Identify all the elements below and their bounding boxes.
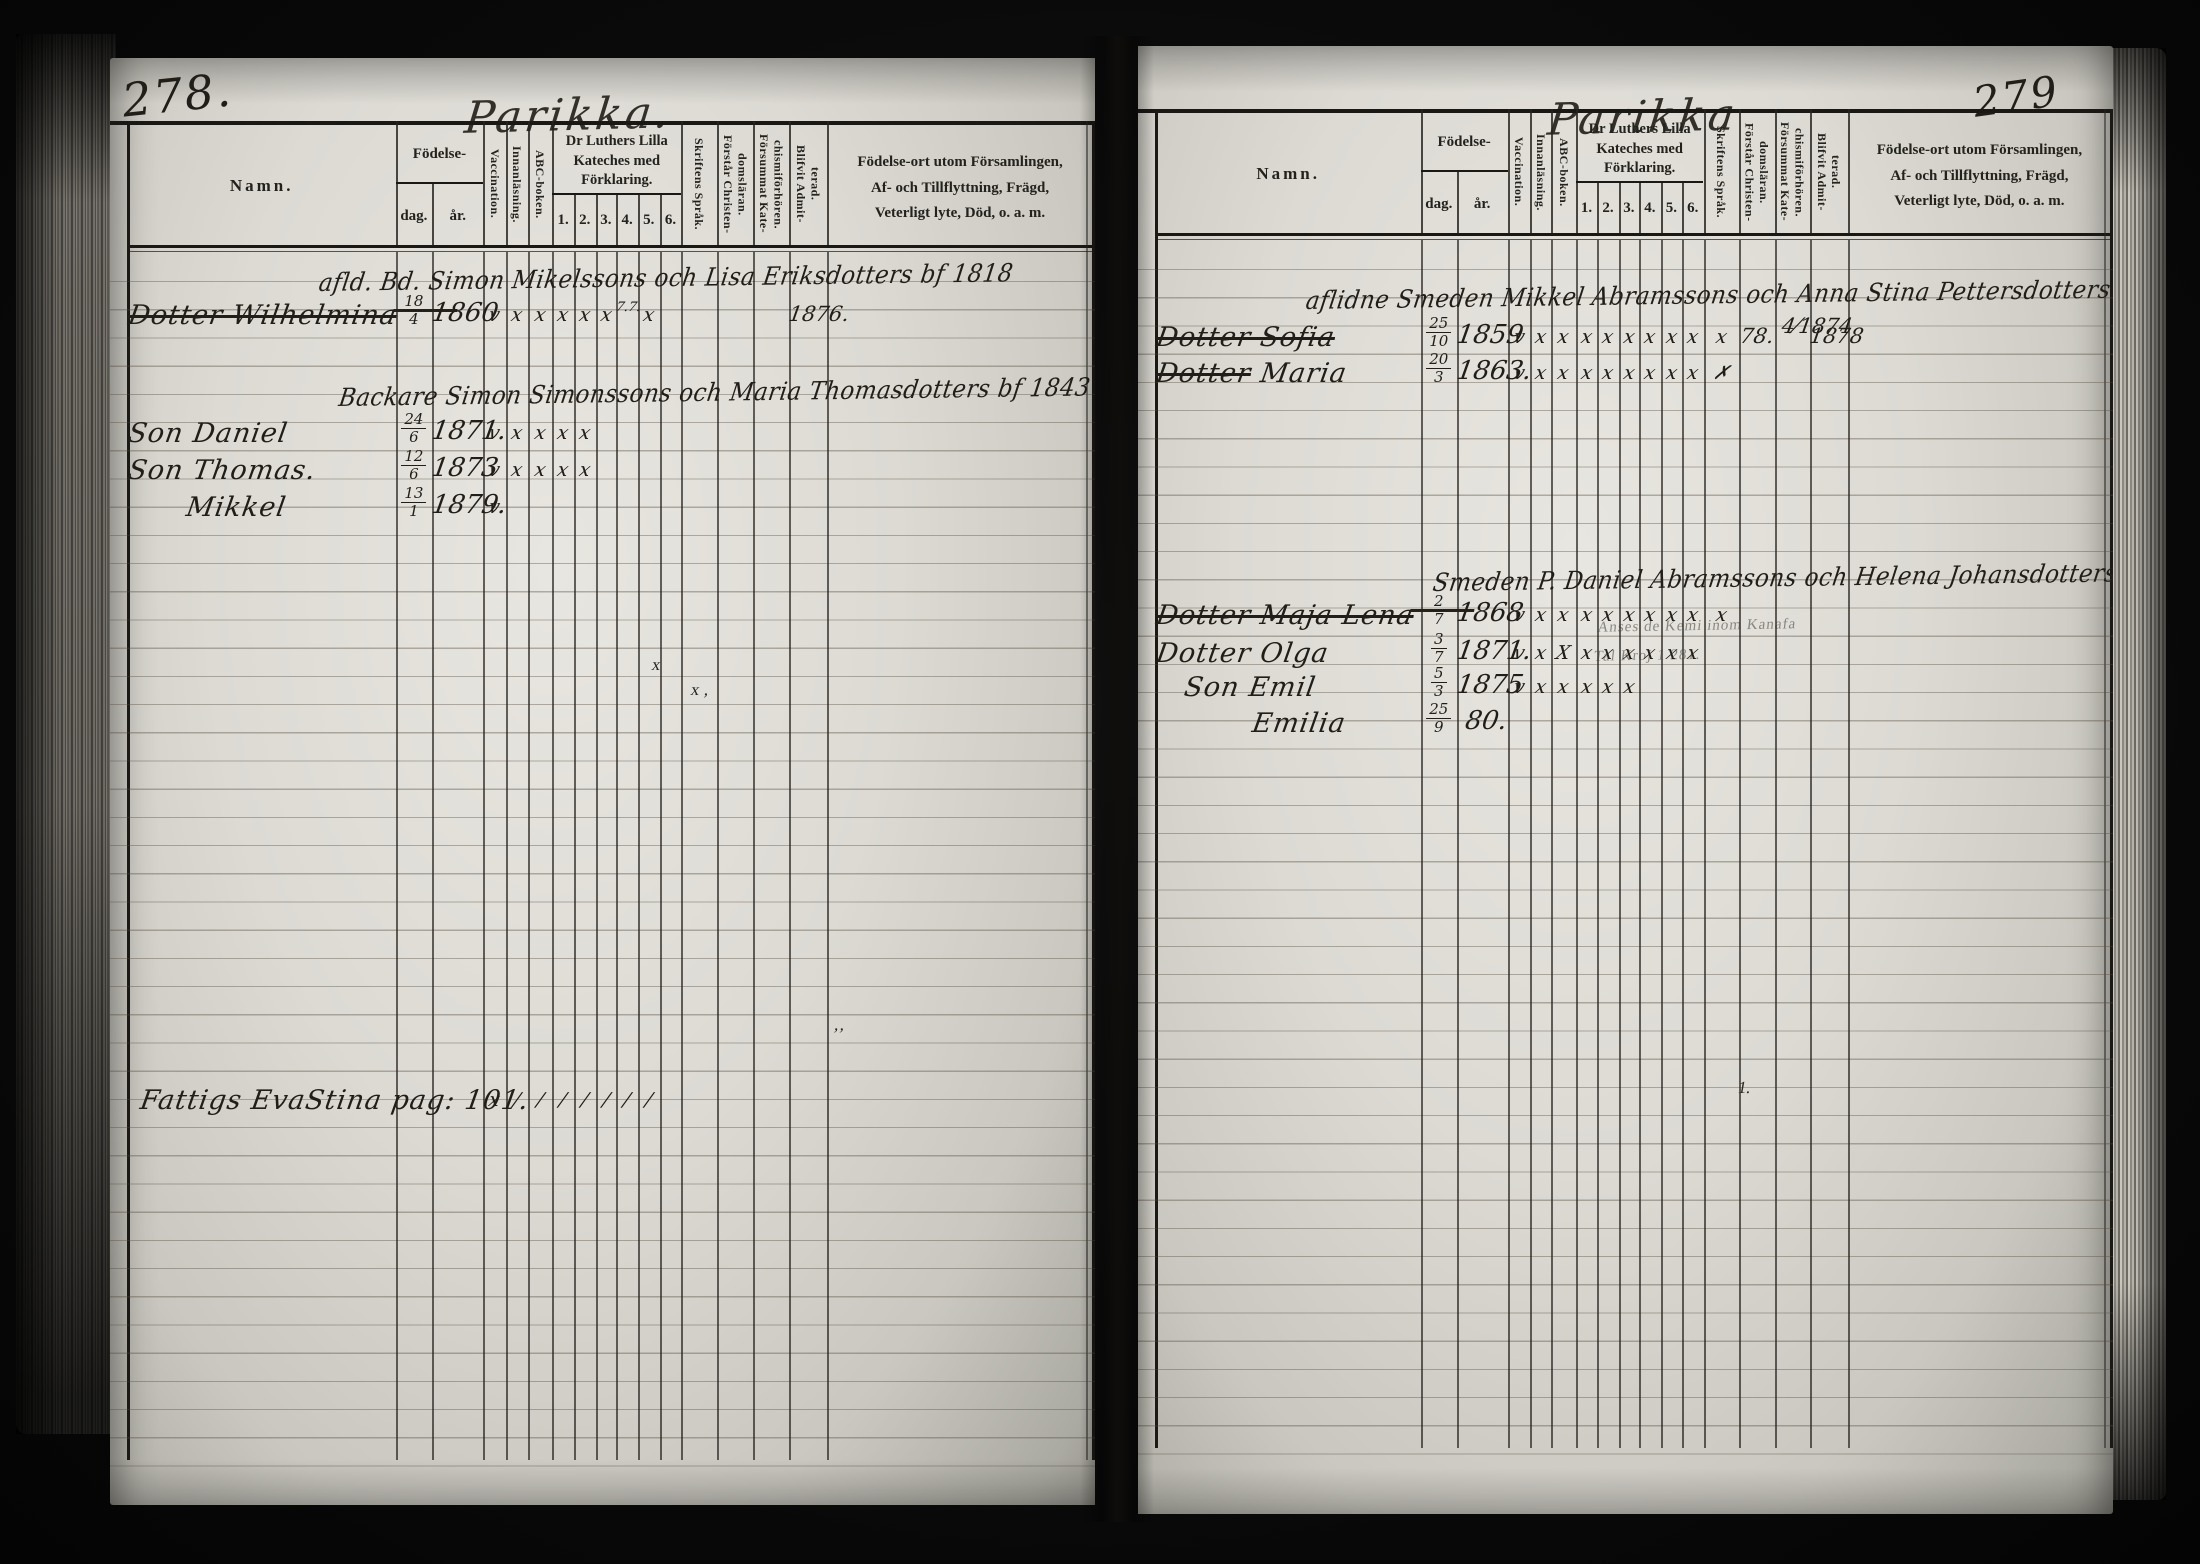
struck-name: Dotter Maja Lena (1154, 600, 1416, 631)
birth-date: 126 (396, 449, 432, 482)
ruled-lines (1138, 242, 2113, 1467)
handwritten-mark: / (636, 1089, 662, 1111)
birth-month: 10 (1421, 333, 1457, 349)
record-row: Emilia25980. (1138, 708, 2113, 746)
row-person-name: Dotter Olga (1154, 638, 1331, 669)
column-header-fodelseort: Födelse-ort utom Församlingen, Af- och T… (827, 150, 1093, 227)
table-right-border-inner (2104, 109, 2106, 1448)
handwritten-mark: x (572, 459, 598, 481)
column-header-abc-boken: ABC-boken. (528, 127, 553, 241)
birth-day: 13 (401, 486, 426, 503)
handwritten-family-heading: Smeden P. Daniel Abramssons och Helena J… (1431, 557, 2114, 597)
kateches-group-underline (552, 193, 681, 195)
header-bottom-rule (128, 245, 1093, 248)
birth-date: 2510 (1421, 316, 1457, 349)
body-column-line (1704, 240, 1706, 1448)
column-header-innanlasning: Innanläsning. (506, 127, 528, 241)
kateches-sub-header: 5. (638, 212, 660, 229)
birth-month: 7 (1421, 649, 1457, 665)
birth-day: 12 (401, 449, 426, 466)
register-page-left: 278. Parikka. Namn.Födelse-dag.år.Vaccin… (110, 58, 1095, 1505)
body-column-line (1457, 240, 1459, 1448)
birth-month: 7 (1421, 611, 1457, 627)
kateches-sub-header: 2. (1597, 200, 1618, 217)
column-header-forsummat-katechisforhoren: Försummat Kate- chismiförhören. (1775, 115, 1810, 229)
birth-date: 184 (396, 294, 432, 327)
record-row: Dotter Olga371871.vxXxxxxxx (1138, 638, 2113, 676)
handwritten-annotation: 78. (1737, 324, 1777, 348)
birth-date: 37 (1421, 632, 1457, 665)
handwritten-mark: x (1701, 326, 1741, 348)
body-column-line (1639, 240, 1641, 1448)
row-person-name: Fattigs EvaStina pag: 101. (138, 1085, 532, 1116)
kateches-sub-header: 6. (660, 212, 682, 229)
body-column-line (1739, 240, 1741, 1448)
register-page-right: 279 Parikka Namn.Födelse-dag.år.Vaccinat… (1138, 46, 2113, 1514)
column-header-blifvit-admitterad: Blifvit Admit- terad. (789, 127, 827, 241)
handwritten-mark: 7.7. (615, 300, 640, 315)
handwritten-family-heading: Backare Simon Simonssons och Maria Thoma… (337, 372, 1092, 412)
column-header-forstar-christendomslaran: Förstår Christen- domsläran. (1739, 115, 1775, 229)
record-row: Dotter Wilhelmina1841860vxxxxx7.7.x1876. (110, 300, 1095, 338)
stray-ink-mark: 1. (1736, 1078, 1752, 1098)
fodelse-group-underline (1421, 170, 1508, 172)
column-header-fodelseort: Födelse-ort utom Församlingen, Af- och T… (1848, 138, 2111, 215)
table-left-border (1155, 109, 1158, 1448)
record-row: Dotter Maja Lena271868vxxxxxxxxx (1138, 600, 2113, 638)
book-page-edges-right (2112, 48, 2166, 1500)
column-header-dag: dag. (396, 208, 432, 225)
kateches-sub-header: 1. (552, 212, 574, 229)
table-right-border (2110, 109, 2113, 1448)
record-row: Dotter Sofia25101859vxxxxxxxxx78.1878 (1138, 322, 2113, 360)
kateches-sub-header: 1. (1576, 200, 1597, 217)
stray-ink-mark: ‚‚ (832, 1015, 847, 1035)
kateches-sub-header: 3. (1619, 200, 1639, 217)
column-header-vaccination: Vaccination. (1508, 115, 1530, 229)
birth-month: 3 (1421, 683, 1457, 699)
struck-name: Dotter Sofia (1154, 322, 1337, 353)
fodelse-group-underline (396, 182, 484, 184)
column-header-abc-boken: ABC-boken. (1551, 115, 1575, 229)
body-column-line (1508, 240, 1510, 1448)
handwritten-mark: ✗ (1701, 362, 1741, 384)
body-column-line (1682, 240, 1684, 1448)
body-column-line (1848, 240, 1850, 1448)
column-header-dag: dag. (1421, 196, 1457, 213)
column-header-namn: Namn. (1156, 164, 1421, 184)
handwritten-mark: x (1680, 642, 1706, 664)
page-number: 279 (1970, 66, 2062, 127)
row-person-name: Dotter Sofia (1154, 322, 1337, 353)
header-top-rule (110, 121, 1095, 125)
handwritten-mark: x (1616, 676, 1641, 698)
kateches-group-underline (1576, 181, 1704, 183)
birth-day: 5 (1431, 666, 1447, 683)
column-header-kateches: Dr Luthers Lilla Kateches med Förklaring… (1576, 120, 1704, 179)
birth-date: 131 (396, 486, 432, 519)
row-person-name: Dotter Maria (1154, 358, 1349, 389)
body-column-line (1576, 240, 1578, 1448)
struck-prefix: Dotter (1154, 358, 1253, 389)
birth-month: 9 (1421, 719, 1457, 735)
handwritten-mark: x (572, 422, 598, 444)
birth-month: 3 (1421, 369, 1457, 385)
body-column-line (1619, 240, 1621, 1448)
column-header-innanlasning: Innanläsning. (1530, 115, 1551, 229)
birth-month: 1 (396, 503, 432, 519)
row-person-name: Son Daniel (126, 418, 290, 449)
header-bottom-rule-thin (128, 251, 1093, 252)
body-column-line (1597, 240, 1599, 1448)
kateches-sub-header: 2. (574, 212, 596, 229)
handwritten-mark: x (636, 304, 662, 326)
column-header-skriftens-sprak: Skriftens Språk. (681, 127, 716, 241)
body-column-line (1661, 240, 1663, 1448)
handwritten-mark: x (593, 304, 618, 326)
column-header-blifvit-admitterad: Blifvit Admit- terad. (1810, 115, 1848, 229)
birth-month: 6 (396, 429, 432, 445)
record-row: Son Thomas.1261873vxxxx (110, 455, 1095, 493)
column-header-kateches: Dr Luthers Lilla Kateches med Förklaring… (552, 132, 681, 191)
column-header-fodelse: Födelse- (1421, 134, 1508, 151)
birth-day: 3 (1431, 632, 1447, 649)
page-number: 278. (119, 62, 234, 127)
record-row: Fattigs EvaStina pag: 101.x/////// (110, 1085, 1095, 1123)
kateches-sub-header: 5. (1661, 200, 1682, 217)
body-column-line (1810, 240, 1812, 1448)
column-header-vaccination: Vaccination. (483, 127, 506, 241)
kateches-sub-header: 3. (596, 212, 617, 229)
body-column-line (1551, 240, 1553, 1448)
record-row: Son Daniel2461871.vxxxx (110, 418, 1095, 456)
book-scan: 278. Parikka. Namn.Födelse-dag.år.Vaccin… (0, 0, 2200, 1564)
birth-date: 259 (1421, 702, 1457, 735)
birth-year: 80. (1454, 706, 1517, 736)
birth-day: 2 (1431, 594, 1447, 611)
row-person-name: Mikkel (184, 492, 289, 523)
header-top-rule (1138, 109, 2113, 113)
birth-date: 203 (1421, 352, 1457, 385)
birth-day: 25 (1426, 702, 1451, 719)
stray-ink-mark: x ‚ (689, 680, 711, 700)
handwritten-annotation: 1876. (787, 302, 829, 326)
birth-date: 27 (1421, 594, 1457, 627)
birth-date: 246 (396, 412, 432, 445)
header-bottom-rule (1156, 233, 2112, 236)
row-person-name: Emilia (1250, 708, 1348, 739)
body-column-line (1421, 240, 1423, 1448)
row-person-name: Son Emil (1182, 672, 1318, 703)
column-header-ar: år. (1457, 196, 1508, 213)
birth-day: 24 (401, 412, 426, 429)
row-person-name: Son Thomas. (126, 455, 318, 486)
birth-day: 18 (401, 294, 426, 311)
kateches-sub-header: 4. (616, 212, 638, 229)
column-header-forsummat-katechisforhoren: Försummat Kate- chismiförhören. (753, 127, 788, 241)
column-header-skriftens-sprak: Skriftens Språk. (1704, 115, 1739, 229)
birth-month: 6 (396, 466, 432, 482)
kateches-sub-header: 4. (1639, 200, 1660, 217)
body-column-line (1775, 240, 1777, 1448)
column-header-forstar-christendomslaran: Förstår Christen- domsläran. (717, 127, 753, 241)
struck-name: Dotter Wilhelmina (126, 300, 399, 331)
record-row: Mikkel1311879.v (110, 492, 1095, 530)
birth-day: 20 (1426, 352, 1451, 369)
column-header-namn: Namn. (128, 176, 396, 196)
handwritten-family-heading: aflidne Smeden Mikkel Abramssons och Ann… (1304, 273, 2113, 315)
handwritten-annotation: 1878 (1808, 324, 1850, 348)
column-header-fodelse: Födelse- (396, 146, 484, 163)
column-header-ar: år. (432, 208, 483, 225)
header-bottom-rule-thin (1156, 239, 2112, 240)
handwritten-mark: x (1701, 604, 1741, 626)
record-row: Dotter Maria2031863.vxxxxxxxx✗ (1138, 358, 2113, 396)
body-column-line (1530, 240, 1532, 1448)
book-page-edges-left (16, 34, 116, 1434)
birth-day: 25 (1426, 316, 1451, 333)
birth-date: 53 (1421, 666, 1457, 699)
record-row: Son Emil531875vxxxxx (1138, 672, 2113, 710)
kateches-sub-header: 6. (1682, 200, 1703, 217)
birth-month: 4 (396, 311, 432, 327)
